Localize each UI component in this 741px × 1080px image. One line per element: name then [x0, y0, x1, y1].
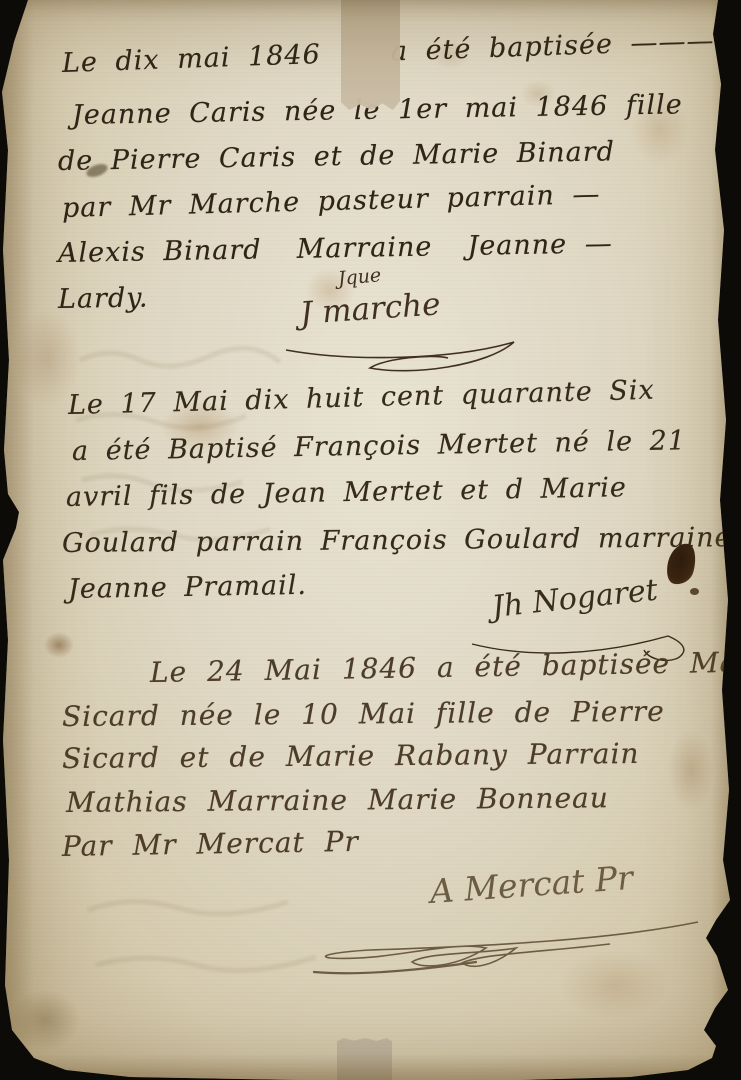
manuscript-line: Par Mr Mercat Pr: [62, 825, 359, 863]
signature-marche-superscript: Jque: [337, 264, 382, 290]
ink-blot-dot: [690, 588, 699, 595]
paper-sheet: Le dix mai 1846 a été baptisée ——— Jeann…: [0, 0, 741, 1080]
manuscript-line: Jeanne Pramail.: [68, 570, 307, 605]
stain: [560, 950, 670, 1020]
bleed-through-writing: [80, 880, 380, 990]
manuscript-line: Lardy.: [58, 282, 149, 315]
manuscript-line: a été Baptisé François Mertet né le 21: [72, 425, 687, 467]
manuscript-line: par Mr Marche pasteur parrain —: [62, 179, 601, 224]
manuscript-line: Le dix mai 1846 a été baptisée ———: [61, 25, 714, 79]
stain: [10, 990, 80, 1050]
manuscript-line: Sicard née le 10 Mai fille de Pierre: [62, 695, 665, 733]
signature-nogaret: Jh Nogaret: [490, 573, 659, 625]
signature-marche: J marche: [299, 286, 442, 332]
manuscript-line: Sicard et de Marie Rabany Parrain: [62, 737, 640, 775]
signature-mercat: A Mercat Pr: [429, 858, 635, 911]
manuscript-line: Mathias Marraine Marie Bonneau: [66, 781, 609, 819]
manuscript-line: avril fils de Jean Mertet et d Marie: [66, 472, 627, 513]
manuscript-line: Le 24 Mai 1846 a été baptisée Marie: [150, 645, 741, 689]
signature-flourish: [282, 336, 522, 380]
scanned-manuscript-page: Le dix mai 1846 a été baptisée ——— Jeann…: [0, 0, 741, 1080]
stain: [44, 632, 74, 658]
manuscript-line: Le 17 Mai dix huit cent quarante Six: [68, 375, 655, 421]
stain: [668, 730, 714, 810]
tape-strip-bottom: [337, 1038, 392, 1080]
manuscript-line: Goulard parrain François Goulard marrain…: [62, 522, 732, 559]
manuscript-line: Alexis Binard Marraine Jeanne —: [58, 228, 613, 269]
manuscript-line: Jeanne Caris née le 1er mai 1846 fille: [72, 89, 683, 131]
signature-flourish: [300, 916, 710, 978]
manuscript-line: de Pierre Caris et de Marie Binard: [58, 136, 615, 177]
